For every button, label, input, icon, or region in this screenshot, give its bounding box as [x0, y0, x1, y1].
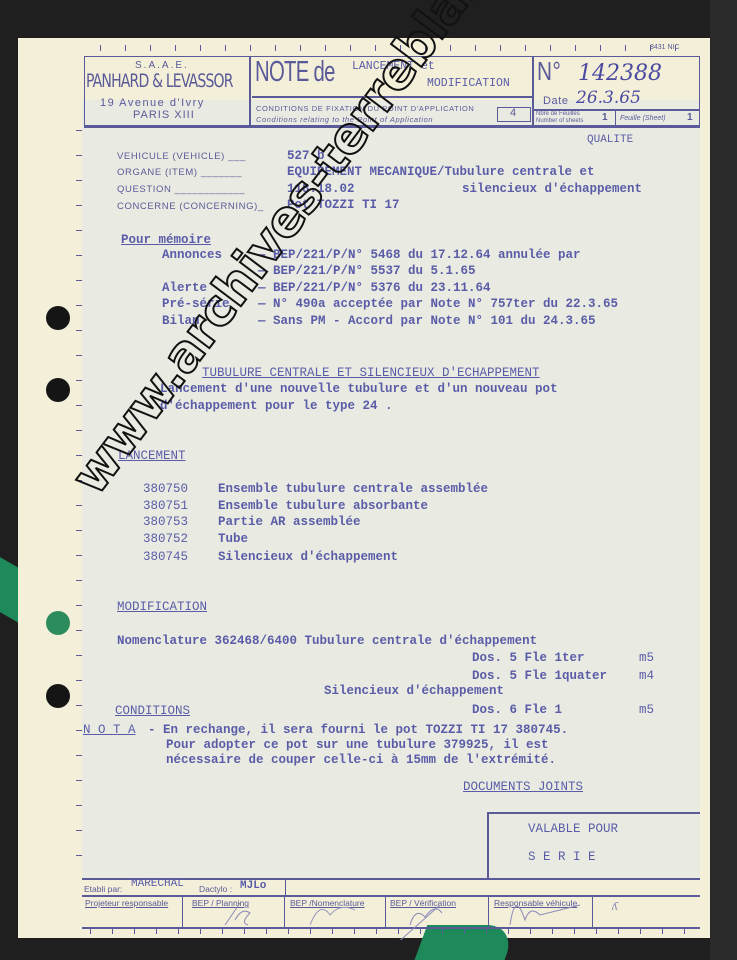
dos-3: Dos. 6 Fle 1 [472, 703, 562, 717]
signature-col-projeteur: Projeteur responsable [85, 898, 168, 908]
date-label: Date [543, 95, 569, 107]
nota-line-1: - En rechange, il sera fourni le pot TOZ… [148, 723, 568, 737]
lancement-desc: Tube [218, 532, 248, 546]
note-title: NOTE de [255, 56, 335, 89]
documents-joints: DOCUMENTS JOINTS [463, 780, 583, 794]
lancement-desc: Ensemble tubulure absorbante [218, 499, 428, 513]
lancement-ref: 380752 [143, 532, 188, 546]
vehicule-label: VEHICULE (VEHICLE) ___ [117, 151, 246, 162]
background-right [710, 0, 737, 960]
divider [285, 878, 286, 896]
sheets-value: 1 [602, 112, 608, 123]
lancement-ref: 380753 [143, 515, 188, 529]
memoire-text: — BEP/221/P/N° 5468 du 17.12.64 annulée … [258, 248, 581, 262]
memoire-text: — BEP/221/P/N° 5376 du 23.11.64 [258, 281, 491, 295]
punch-hole [46, 611, 70, 635]
silencieux-line: Silencieux d'échappement [324, 684, 504, 698]
question-label: QUESTION ____________ [117, 184, 245, 195]
dos-2: Dos. 5 Fle 1quater [472, 669, 607, 683]
sheet-label: Feuille (Sheet) [620, 115, 666, 122]
divider [84, 126, 700, 128]
memoire-title: Pour mémoire [121, 233, 211, 247]
company-city: PARIS XIII [133, 109, 195, 121]
conditions-value: 4 [510, 107, 517, 119]
dos-1-m: m5 [639, 651, 654, 665]
signature-scribbles [180, 895, 600, 940]
subject-title: TUBULURE CENTRALE ET SILENCIEUX D'ECHAPP… [202, 366, 540, 380]
etabli-label: Etabli par: [84, 884, 122, 894]
qualite-stamp: QUALITE [587, 134, 633, 146]
note-type-line2: MODIFICATION [427, 77, 510, 90]
company-address: 19 Avenue d'Ivry [100, 97, 205, 109]
divider [487, 812, 489, 878]
etabli-value: MARECHAL [131, 878, 184, 890]
concerne-label: CONCERNE (CONCERNING)_ [117, 201, 264, 212]
lancement-ref: 380750 [143, 482, 188, 496]
background-green-strip [0, 551, 20, 623]
organe-value-2: silencieux d'échappement [462, 182, 642, 196]
sheets-label-fr: Nbre de Feuilles [536, 111, 580, 117]
lancement-ref: 380745 [143, 550, 188, 564]
memoire-text: — N° 490a acceptée par Note N° 757ter du… [258, 297, 618, 311]
signature-initials: ʎ [612, 900, 618, 913]
nota-label: N O T A [83, 723, 136, 737]
sheet-value: 1 [687, 112, 693, 123]
nota-line-2: Pour adopter ce pot sur une tubulure 379… [166, 738, 549, 752]
conditions-title: CONDITIONS [115, 704, 190, 718]
punch-hole [46, 684, 70, 708]
memoire-text: — BEP/221/P/N° 5537 du 5.1.65 [258, 264, 476, 278]
lancement-desc: Silencieux d'échappement [218, 550, 398, 564]
subject-line-2: d'échappement pour le type 24 . [160, 399, 393, 413]
lancement-ref: 380751 [143, 499, 188, 513]
punch-hole [46, 306, 70, 330]
divider [487, 812, 700, 814]
dos-2-m: m4 [639, 669, 654, 683]
valable-pour: VALABLE POUR [528, 822, 618, 836]
nomenclature-line: Nomenclature 362468/6400 Tubulure centra… [117, 634, 537, 648]
form-code: 8431 NIC [650, 44, 680, 51]
memoire-text: — Sans PM - Accord par Note N° 101 du 24… [258, 314, 596, 328]
divider [532, 56, 534, 126]
divider [615, 110, 616, 126]
number-label: N° [537, 56, 561, 87]
lancement-desc: Ensemble tubulure centrale assemblée [218, 482, 488, 496]
valable-serie: S E R I E [528, 850, 596, 864]
ruler-left [76, 130, 82, 870]
note-de: NOTE de [255, 56, 335, 88]
date-value: 26.3.65 [576, 88, 641, 108]
dactylo-label: Dactylo : [199, 884, 232, 894]
punch-hole [46, 378, 70, 402]
modification-title: MODIFICATION [117, 600, 207, 614]
sheets-label-en: Number of sheets [536, 118, 583, 124]
note-number: 142388 [578, 61, 662, 86]
dactylo-value: MJLo [240, 880, 266, 892]
subject-line-1: Lancement d'une nouvelle tubulure et d'u… [160, 382, 558, 396]
organe-label: ORGANE (ITEM) _______ [117, 167, 242, 178]
memoire-label: Annonces [162, 248, 222, 262]
dos-1: Dos. 5 Fle 1ter [472, 651, 585, 665]
dos-3-m: m5 [639, 703, 654, 717]
lancement-desc: Partie AR assemblée [218, 515, 361, 529]
company-name: PANHARD & LEVASSOR [86, 70, 233, 92]
nota-line-3: nécessaire de couper celle-ci à 15mm de … [166, 753, 556, 767]
